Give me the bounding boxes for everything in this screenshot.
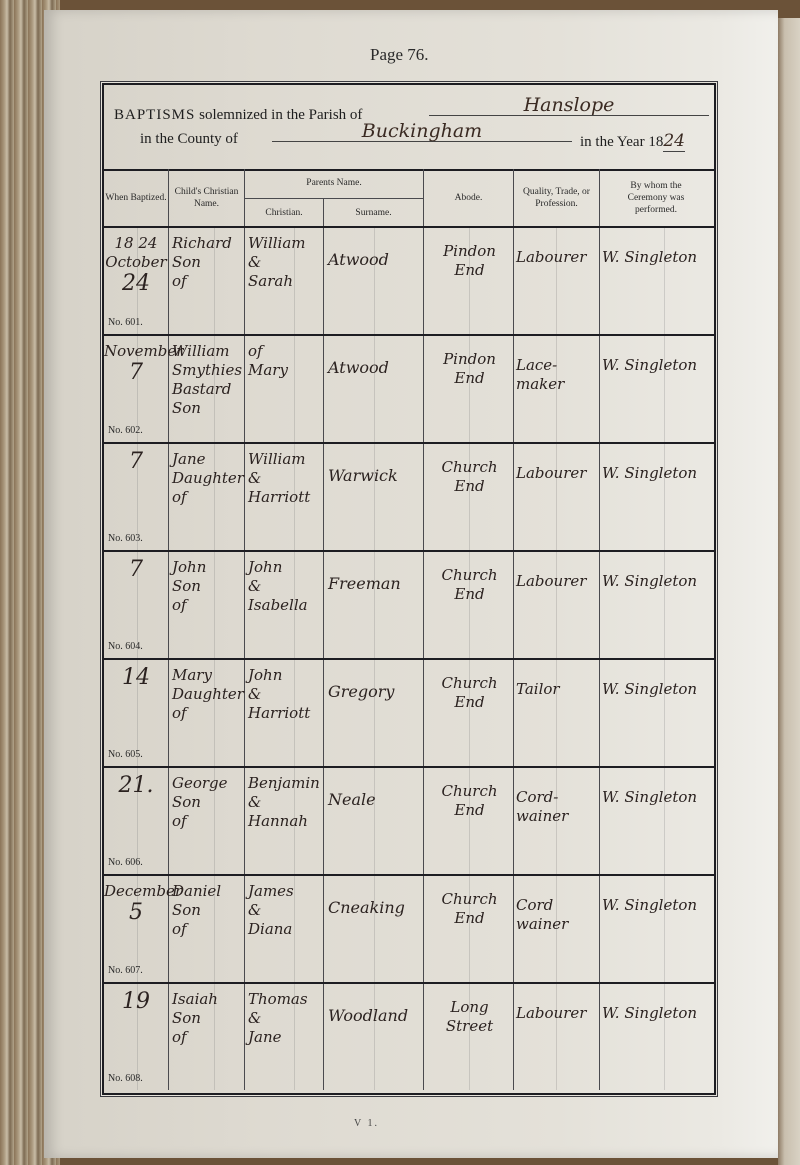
child-christian-name-line: Smythies <box>172 361 244 380</box>
col-divider <box>423 336 424 442</box>
quality-trade-line: Labourer <box>516 464 599 483</box>
col-divider <box>599 228 600 334</box>
col-divider <box>323 199 324 226</box>
col-divider <box>599 552 600 658</box>
col-divider <box>513 768 514 874</box>
abode-line: Church <box>426 674 513 693</box>
parents-christian-names-line: Sarah <box>248 272 323 291</box>
quality-trade-line: wainer <box>516 807 599 826</box>
col-divider <box>323 876 324 982</box>
signature-mark: V 1. <box>354 1118 379 1129</box>
parents-christian-names-line: Jane <box>248 1028 323 1047</box>
year-label: in the Year 1824 <box>580 131 685 151</box>
child-christian-name: IsaiahSonof <box>172 984 244 1096</box>
parents-christian-names: James&Diana <box>248 876 323 988</box>
col-divider <box>599 768 600 874</box>
child-christian-name: JaneDaughterof <box>172 444 244 556</box>
abode-line: Pindon <box>426 242 513 261</box>
col-divider <box>599 444 600 550</box>
child-christian-name: JohnSonof <box>172 552 244 664</box>
child-christian-name: WilliamSmythiesBastardSon <box>172 336 244 448</box>
entry-number: No. 607. <box>108 965 143 976</box>
col-divider <box>513 660 514 766</box>
abode: ChurchEnd <box>426 660 513 780</box>
header-officiant: By whom the Ceremony was performed. <box>600 169 712 226</box>
quality-trade-line: Labourer <box>516 572 599 591</box>
parents-christian-names-line: Mary <box>248 361 323 380</box>
col-divider <box>168 169 169 226</box>
year-field: 24 <box>663 131 685 152</box>
col-divider <box>168 552 169 658</box>
parents-christian-names: William&Sarah <box>248 228 323 340</box>
baptism-entry-row: 14 No. 605. MaryDaughterof John&Harriott… <box>104 660 714 768</box>
abode: ChurchEnd <box>426 552 513 672</box>
header-abode: Abode. <box>424 169 513 226</box>
col-divider <box>244 169 245 226</box>
col-divider <box>323 552 324 658</box>
header-child-name: Child's Christian Name. <box>169 169 244 226</box>
entry-number: No. 605. <box>108 749 143 760</box>
county-field: Buckingham <box>272 121 572 142</box>
col-divider <box>423 228 424 334</box>
baptism-date-line: 7 <box>104 450 168 474</box>
child-christian-name-line: Son <box>172 577 244 596</box>
quality-trade-line: Lace- <box>516 356 599 375</box>
abode-line: End <box>426 261 513 280</box>
col-divider <box>168 768 169 874</box>
col-divider <box>244 876 245 982</box>
abode-line: Church <box>426 890 513 909</box>
col-divider <box>244 552 245 658</box>
quality-trade-line: Labourer <box>516 1004 599 1023</box>
col-divider <box>244 984 245 1090</box>
parents-christian-names: William&Harriott <box>248 444 323 556</box>
child-christian-name-line: of <box>172 704 244 723</box>
child-christian-name-line: Bastard <box>172 380 244 399</box>
child-christian-name-line: of <box>172 812 244 831</box>
col-divider <box>599 984 600 1090</box>
column-headers: When Baptized. Child's Christian Name. P… <box>104 169 714 228</box>
abode-line: Church <box>426 458 513 477</box>
parents-christian-names-line: & <box>248 685 323 704</box>
col-divider <box>323 336 324 442</box>
baptism-entry-row: 18 24October24 No. 601. RichardSonof Wil… <box>104 228 714 336</box>
parents-christian-names: Benjamin&Hannah <box>248 768 323 880</box>
baptism-date-line: December <box>104 882 168 901</box>
abode-line: End <box>426 801 513 820</box>
col-divider <box>513 169 514 226</box>
col-divider <box>323 228 324 334</box>
baptism-date-line: November <box>104 342 168 361</box>
child-christian-name-line: of <box>172 488 244 507</box>
abode: ChurchEnd <box>426 876 513 996</box>
col-divider <box>423 444 424 550</box>
child-christian-name: MaryDaughterof <box>172 660 244 772</box>
child-christian-name-line: John <box>172 558 244 577</box>
header-parents-surname: Surname. <box>324 199 423 226</box>
col-divider <box>423 876 424 982</box>
baptism-entry-row: November7 No. 602. WilliamSmythiesBastar… <box>104 336 714 444</box>
child-christian-name-line: George <box>172 774 244 793</box>
parents-christian-names: ofMary <box>248 336 323 448</box>
year-prefix: in the Year 18 <box>580 134 663 150</box>
col-divider <box>323 660 324 766</box>
parents-christian-names-line: Diana <box>248 920 323 939</box>
child-christian-name-line: Richard <box>172 234 244 253</box>
page-number: Page 76. <box>370 45 429 65</box>
child-christian-name: RichardSonof <box>172 228 244 340</box>
child-christian-name-line: Mary <box>172 666 244 685</box>
register-heading: BAPTISMS solemnized in the Parish of Han… <box>104 85 714 171</box>
quality-trade-line: Cord- <box>516 788 599 807</box>
abode-line: Long <box>426 998 513 1017</box>
col-divider <box>513 552 514 658</box>
parents-christian-names-line: & <box>248 469 323 488</box>
col-divider <box>423 984 424 1090</box>
baptism-entry-row: 19 No. 608. IsaiahSonof Thomas&Jane Wood… <box>104 984 714 1090</box>
parents-christian-names-line: John <box>248 666 323 685</box>
abode: PindonEnd <box>426 228 513 348</box>
quality-trade-line: Labourer <box>516 248 599 267</box>
col-divider <box>323 768 324 874</box>
child-christian-name-line: Daughter <box>172 685 244 704</box>
col-divider <box>244 228 245 334</box>
parents-christian-names: John&Isabella <box>248 552 323 664</box>
parents-christian-names-line: Harriott <box>248 704 323 723</box>
col-divider <box>323 984 324 1090</box>
abode-line: Pindon <box>426 350 513 369</box>
col-divider <box>244 444 245 550</box>
child-christian-name-line: Son <box>172 1009 244 1028</box>
parents-christian-names-line: & <box>248 901 323 920</box>
parents-christian-names-line: James <box>248 882 323 901</box>
entry-number: No. 601. <box>108 317 143 328</box>
parents-christian-names-line: & <box>248 1009 323 1028</box>
col-divider <box>423 768 424 874</box>
child-christian-name-line: of <box>172 272 244 291</box>
quality-trade: Labourer <box>516 984 599 1110</box>
abode-line: Church <box>426 566 513 585</box>
parents-christian-names-line: William <box>248 450 323 469</box>
abode: ChurchEnd <box>426 444 513 564</box>
col-divider <box>423 169 424 226</box>
abode-line: End <box>426 693 513 712</box>
child-christian-name-line: Son <box>172 399 244 418</box>
parents-christian-names-line: of <box>248 342 323 361</box>
abode-line: End <box>426 909 513 928</box>
parents-christian-names-line: Isabella <box>248 596 323 615</box>
child-christian-name-line: Jane <box>172 450 244 469</box>
col-divider <box>168 444 169 550</box>
quality-trade-line: maker <box>516 375 599 394</box>
parents-christian-names: Thomas&Jane <box>248 984 323 1096</box>
col-divider <box>423 660 424 766</box>
col-divider <box>244 336 245 442</box>
baptism-register-form: BAPTISMS solemnized in the Parish of Han… <box>102 83 716 1095</box>
parents-surname: Woodland <box>328 984 423 1112</box>
col-divider <box>513 876 514 982</box>
quality-trade-line: Cord <box>516 896 599 915</box>
col-divider <box>599 169 600 226</box>
quality-trade-line: Tailor <box>516 680 599 699</box>
abode: PindonEnd <box>426 336 513 456</box>
entries-table: 18 24October24 No. 601. RichardSonof Wil… <box>104 228 714 1093</box>
col-divider <box>599 876 600 982</box>
parish-field: Hanslope <box>429 95 709 116</box>
baptism-date-line: 14 <box>104 666 168 690</box>
parents-christian-names: John&Harriott <box>248 660 323 772</box>
col-divider <box>513 228 514 334</box>
baptism-date-line: 7 <box>104 361 168 385</box>
parents-christian-names-line: & <box>248 253 323 272</box>
parents-christian-names-line: & <box>248 793 323 812</box>
child-christian-name-line: of <box>172 596 244 615</box>
col-divider <box>599 660 600 766</box>
parents-christian-names-line: Thomas <box>248 990 323 1009</box>
header-parents-name: Parents Name. <box>245 169 423 197</box>
abode: LongStreet <box>426 984 513 1104</box>
baptism-date-line: 18 24 <box>104 234 168 253</box>
title-prefix: BAPTISMS <box>114 107 195 123</box>
baptism-date-line: 21. <box>104 774 168 798</box>
col-divider <box>513 444 514 550</box>
entry-number: No. 602. <box>108 425 143 436</box>
child-christian-name-line: Son <box>172 901 244 920</box>
abode-line: End <box>426 477 513 496</box>
baptism-date-line: 5 <box>104 901 168 925</box>
baptism-entry-row: 21. No. 606. GeorgeSonof Benjamin&Hannah… <box>104 768 714 876</box>
header-parents-christian: Christian. <box>245 199 323 226</box>
col-divider <box>168 660 169 766</box>
parents-christian-names-line: Benjamin <box>248 774 323 793</box>
abode: ChurchEnd <box>426 768 513 888</box>
header-when-baptized: When Baptized. <box>104 169 168 226</box>
entry-number: No. 606. <box>108 857 143 868</box>
baptism-entry-row: 7 No. 604. JohnSonof John&Isabella Freem… <box>104 552 714 660</box>
col-divider <box>513 336 514 442</box>
abode-line: Street <box>426 1017 513 1036</box>
child-christian-name-line: of <box>172 1028 244 1047</box>
baptism-date-line: 24 <box>104 272 168 296</box>
parents-christian-names-line: Hannah <box>248 812 323 831</box>
col-divider <box>599 336 600 442</box>
child-christian-name-line: Isaiah <box>172 990 244 1009</box>
col-divider <box>244 768 245 874</box>
child-christian-name-line: Daniel <box>172 882 244 901</box>
parents-christian-names-line: Harriott <box>248 488 323 507</box>
baptism-date-line: October <box>104 253 168 272</box>
parents-christian-names-line: William <box>248 234 323 253</box>
parents-christian-names-line: John <box>248 558 323 577</box>
abode-line: Church <box>426 782 513 801</box>
entry-number: No. 604. <box>108 641 143 652</box>
county-label: in the County of <box>140 131 238 148</box>
child-christian-name-line: of <box>172 920 244 939</box>
child-christian-name-line: Son <box>172 253 244 272</box>
child-christian-name-line: Daughter <box>172 469 244 488</box>
col-divider <box>168 228 169 334</box>
child-christian-name-line: William <box>172 342 244 361</box>
child-christian-name: DanielSonof <box>172 876 244 988</box>
entry-number: No. 608. <box>108 1073 143 1084</box>
baptism-date-line: 19 <box>104 990 168 1014</box>
col-divider <box>168 984 169 1090</box>
baptism-entry-row: 7 No. 603. JaneDaughterof William&Harrio… <box>104 444 714 552</box>
col-divider <box>244 660 245 766</box>
abode-line: End <box>426 585 513 604</box>
baptism-entry-row: December5 No. 607. DanielSonof James&Dia… <box>104 876 714 984</box>
abode-line: End <box>426 369 513 388</box>
child-christian-name-line: Son <box>172 793 244 812</box>
child-christian-name: GeorgeSonof <box>172 768 244 880</box>
header-quality: Quality, Trade, or Profession. <box>514 169 599 226</box>
col-divider <box>323 444 324 550</box>
officiant: W. Singleton <box>602 984 714 1110</box>
col-divider <box>423 552 424 658</box>
quality-trade-line: wainer <box>516 915 599 934</box>
entry-number: No. 603. <box>108 533 143 544</box>
col-divider <box>513 984 514 1090</box>
parents-divider <box>245 198 423 199</box>
next-page-edge <box>778 18 800 1165</box>
parents-christian-names-line: & <box>248 577 323 596</box>
baptism-date-line: 7 <box>104 558 168 582</box>
